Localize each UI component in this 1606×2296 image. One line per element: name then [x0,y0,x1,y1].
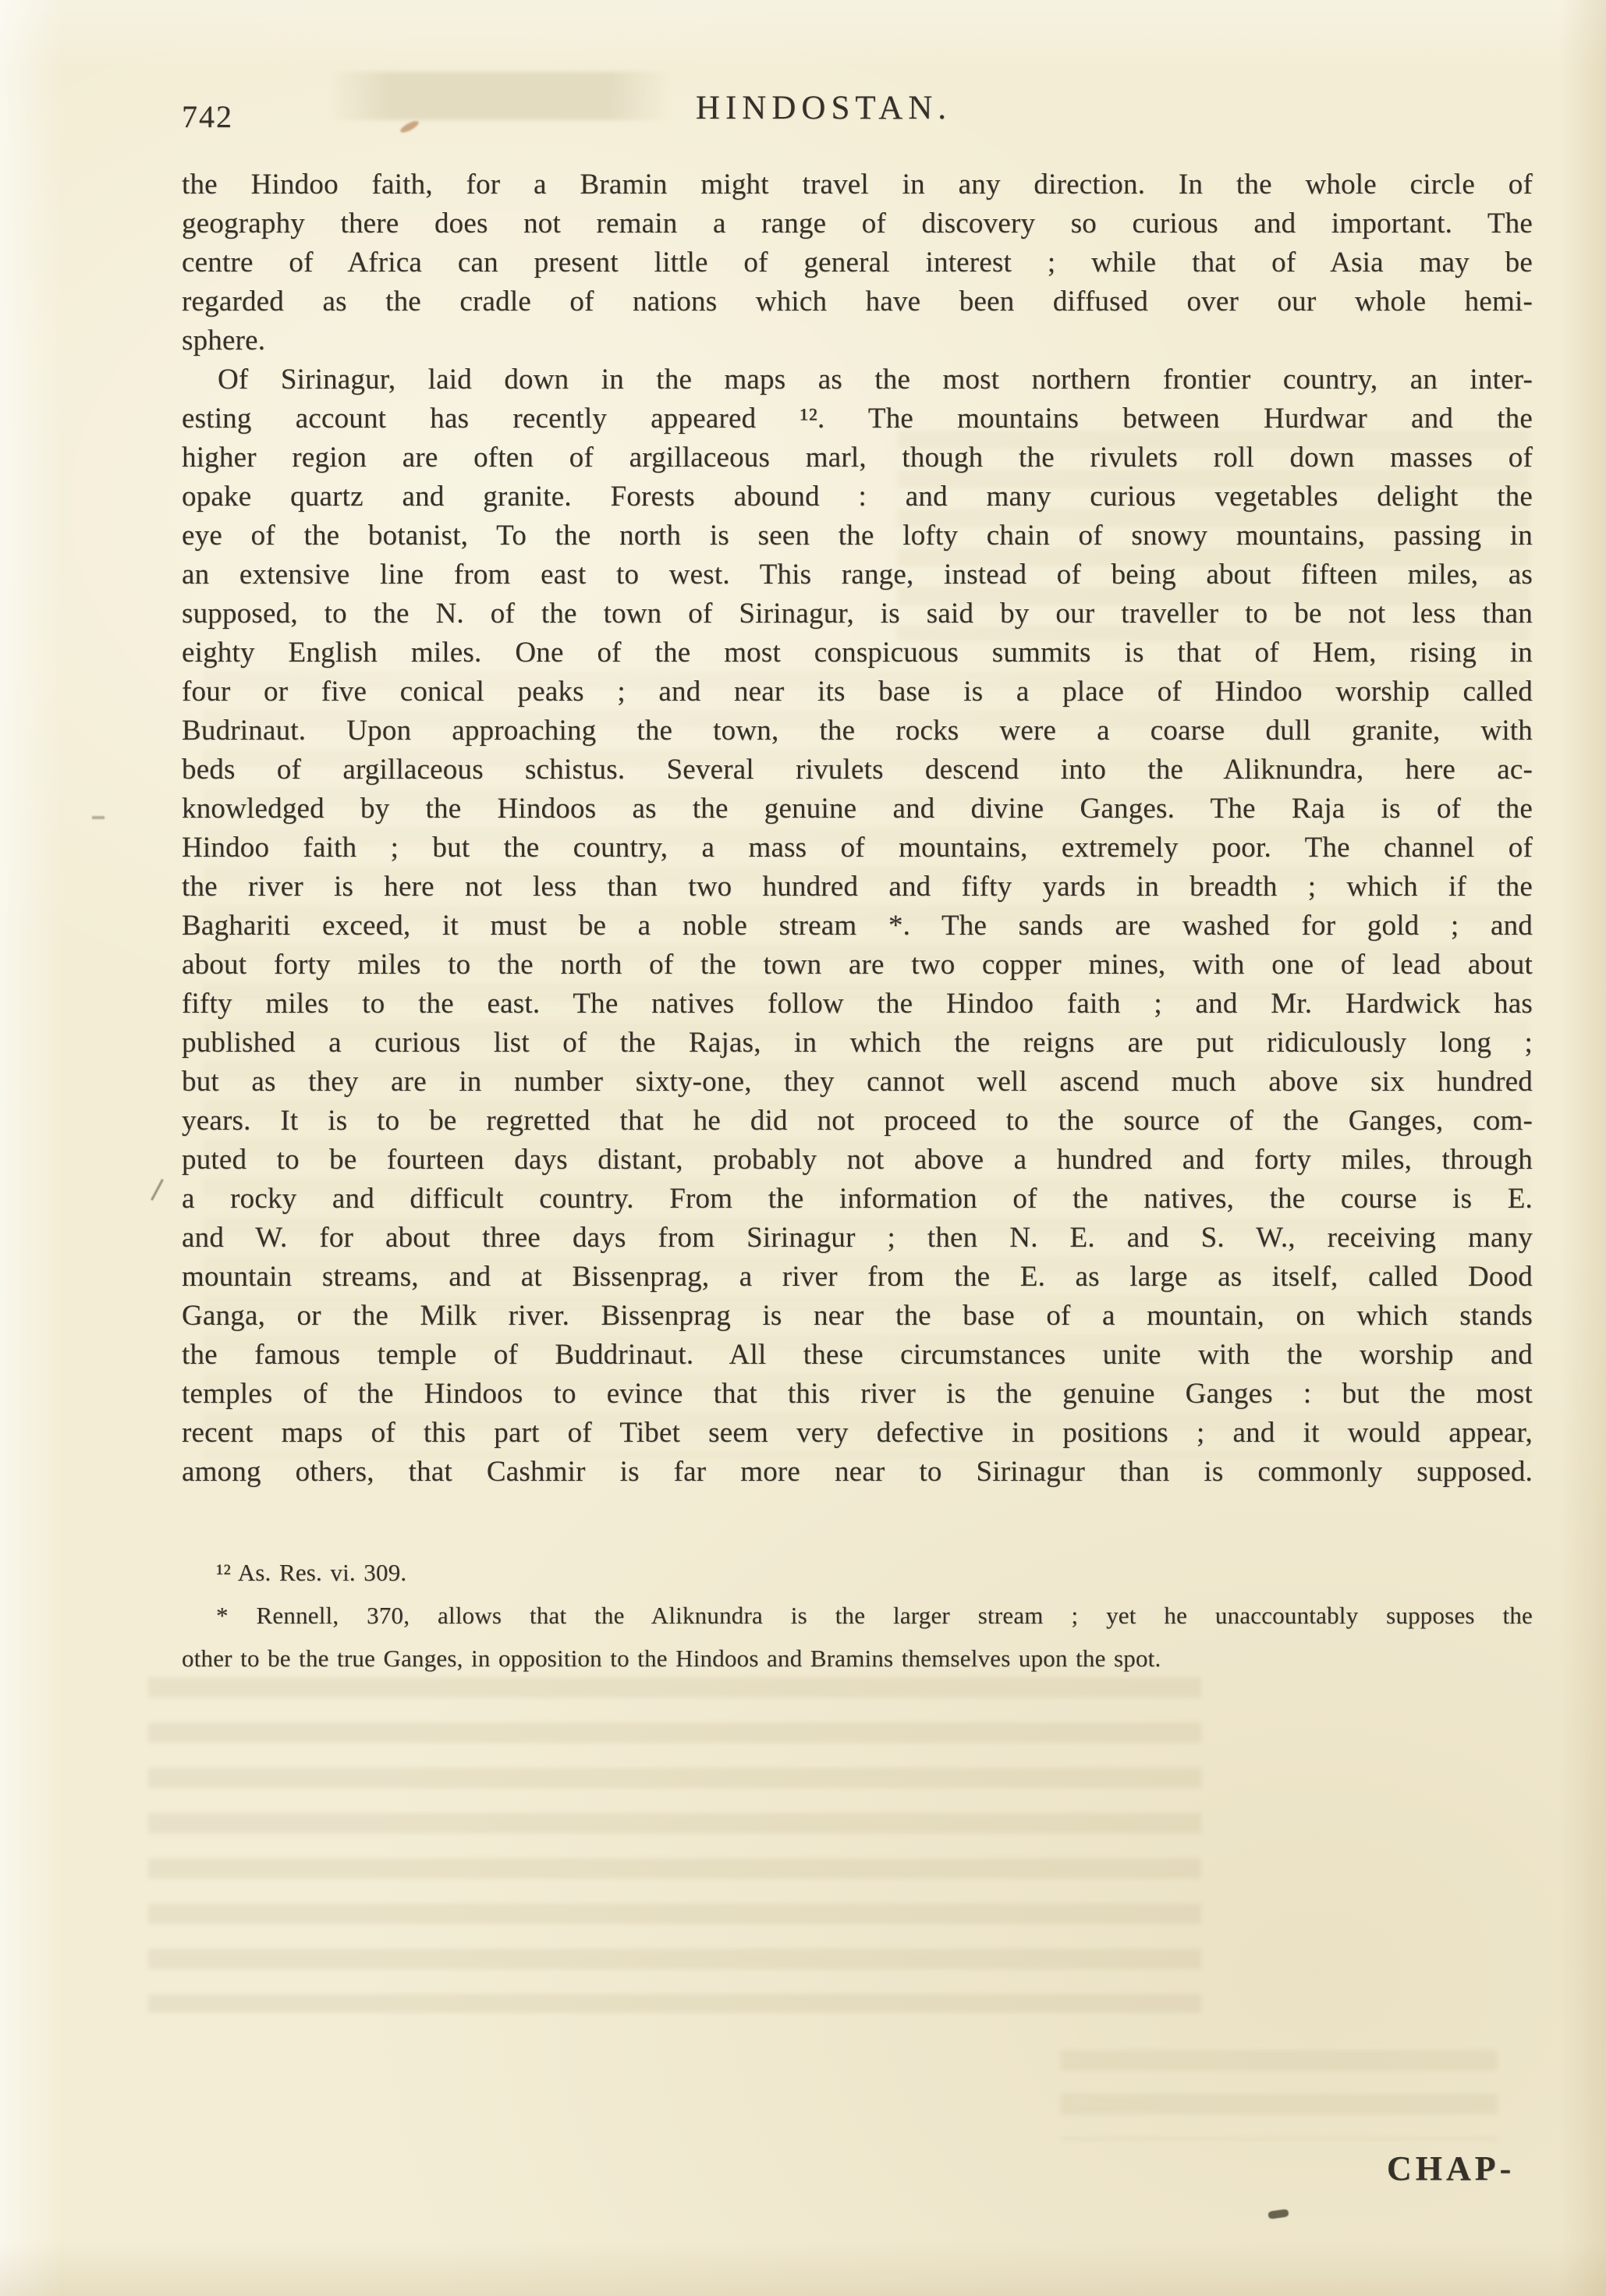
text-line: and W. for about three days from Sirinag… [182,1219,1533,1258]
show-through-artifact [328,72,671,120]
text-line: sphere. [182,321,1533,360]
text-line: eighty English miles. One of the most co… [182,633,1533,672]
text-line: published a curious list of the Rajas, i… [182,1024,1533,1063]
text-line: temples of the Hindoos to evince that th… [182,1375,1533,1414]
text-line: higher region are often of argillaceous … [182,438,1533,477]
text-line: mountain streams, and at Bissenprag, a r… [182,1258,1533,1297]
book-page: 742 HINDOSTAN. the Hindoo faith, for a B… [0,0,1606,2296]
paragraph: Of Sirinagur, laid down in the maps as t… [182,360,1533,1492]
body-text: the Hindoo faith, for a Bramin might tra… [182,165,1533,1492]
text-line: centre of Africa can present little of g… [182,243,1533,282]
text-line: Of Sirinagur, laid down in the maps as t… [182,360,1533,399]
running-title: HINDOSTAN. [696,89,952,127]
text-line: supposed, to the N. of the town of Sirin… [182,594,1533,633]
footnotes: ¹² As. Res. vi. 309. * Rennell, 370, all… [182,1551,1533,1680]
text-line: regarded as the cradle of nations which … [182,282,1533,321]
footnote-line: ¹² As. Res. vi. 309. [182,1551,1533,1594]
text-line: but as they are in number sixty-one, the… [182,1063,1533,1102]
text-line: puted to be fourteen days distant, proba… [182,1141,1533,1180]
text-line: beds of argillaceous schistus. Several r… [182,751,1533,790]
text-line: esting account has recently appeared ¹².… [182,399,1533,438]
page-number: 742 [182,98,233,135]
text-line: recent maps of this part of Tibet seem v… [182,1414,1533,1453]
text-line: four or five conical peaks ; and near it… [182,672,1533,712]
text-line: the river is here not less than two hund… [182,868,1533,907]
pen-mark [151,1179,164,1201]
catchword: CHAP- [1387,2149,1515,2188]
text-line: opake quartz and granite. Forests abound… [182,477,1533,516]
text-line: fifty miles to the east. The natives fol… [182,985,1533,1024]
footnote-line: * Rennell, 370, allows that the Aliknund… [182,1594,1533,1637]
text-line: knowledged by the Hindoos as the genuine… [182,790,1533,829]
text-line: eye of the botanist, To the north is see… [182,516,1533,555]
text-line: Hindoo faith ; but the country, a mass o… [182,829,1533,868]
text-line: the famous temple of Buddrinaut. All the… [182,1336,1533,1375]
text-line: Ganga, or the Milk river. Bissenprag is … [182,1297,1533,1336]
paragraph: the Hindoo faith, for a Bramin might tra… [182,165,1533,360]
text-line: a rocky and difficult country. From the … [182,1180,1533,1219]
text-line: years. It is to be regretted that he did… [182,1102,1533,1141]
text-line: the Hindoo faith, for a Bramin might tra… [182,165,1533,204]
show-through-artifact [148,1677,1201,2013]
text-line: geography there does not remain a range … [182,204,1533,243]
text-line: about forty miles to the north of the to… [182,946,1533,985]
stain-spot [399,119,420,134]
ink-speck [1267,2209,1289,2220]
text-line: Baghariti exceed, it must be a noble str… [182,907,1533,946]
show-through-artifact [1061,2050,1498,2140]
footnote-line: other to be the true Ganges, in oppositi… [182,1637,1533,1680]
text-line: an extensive line from east to west. Thi… [182,555,1533,594]
pen-mark [92,816,105,819]
text-line: among others, that Cashmir is far more n… [182,1453,1533,1492]
text-line: Budrinaut. Upon approaching the town, th… [182,712,1533,751]
